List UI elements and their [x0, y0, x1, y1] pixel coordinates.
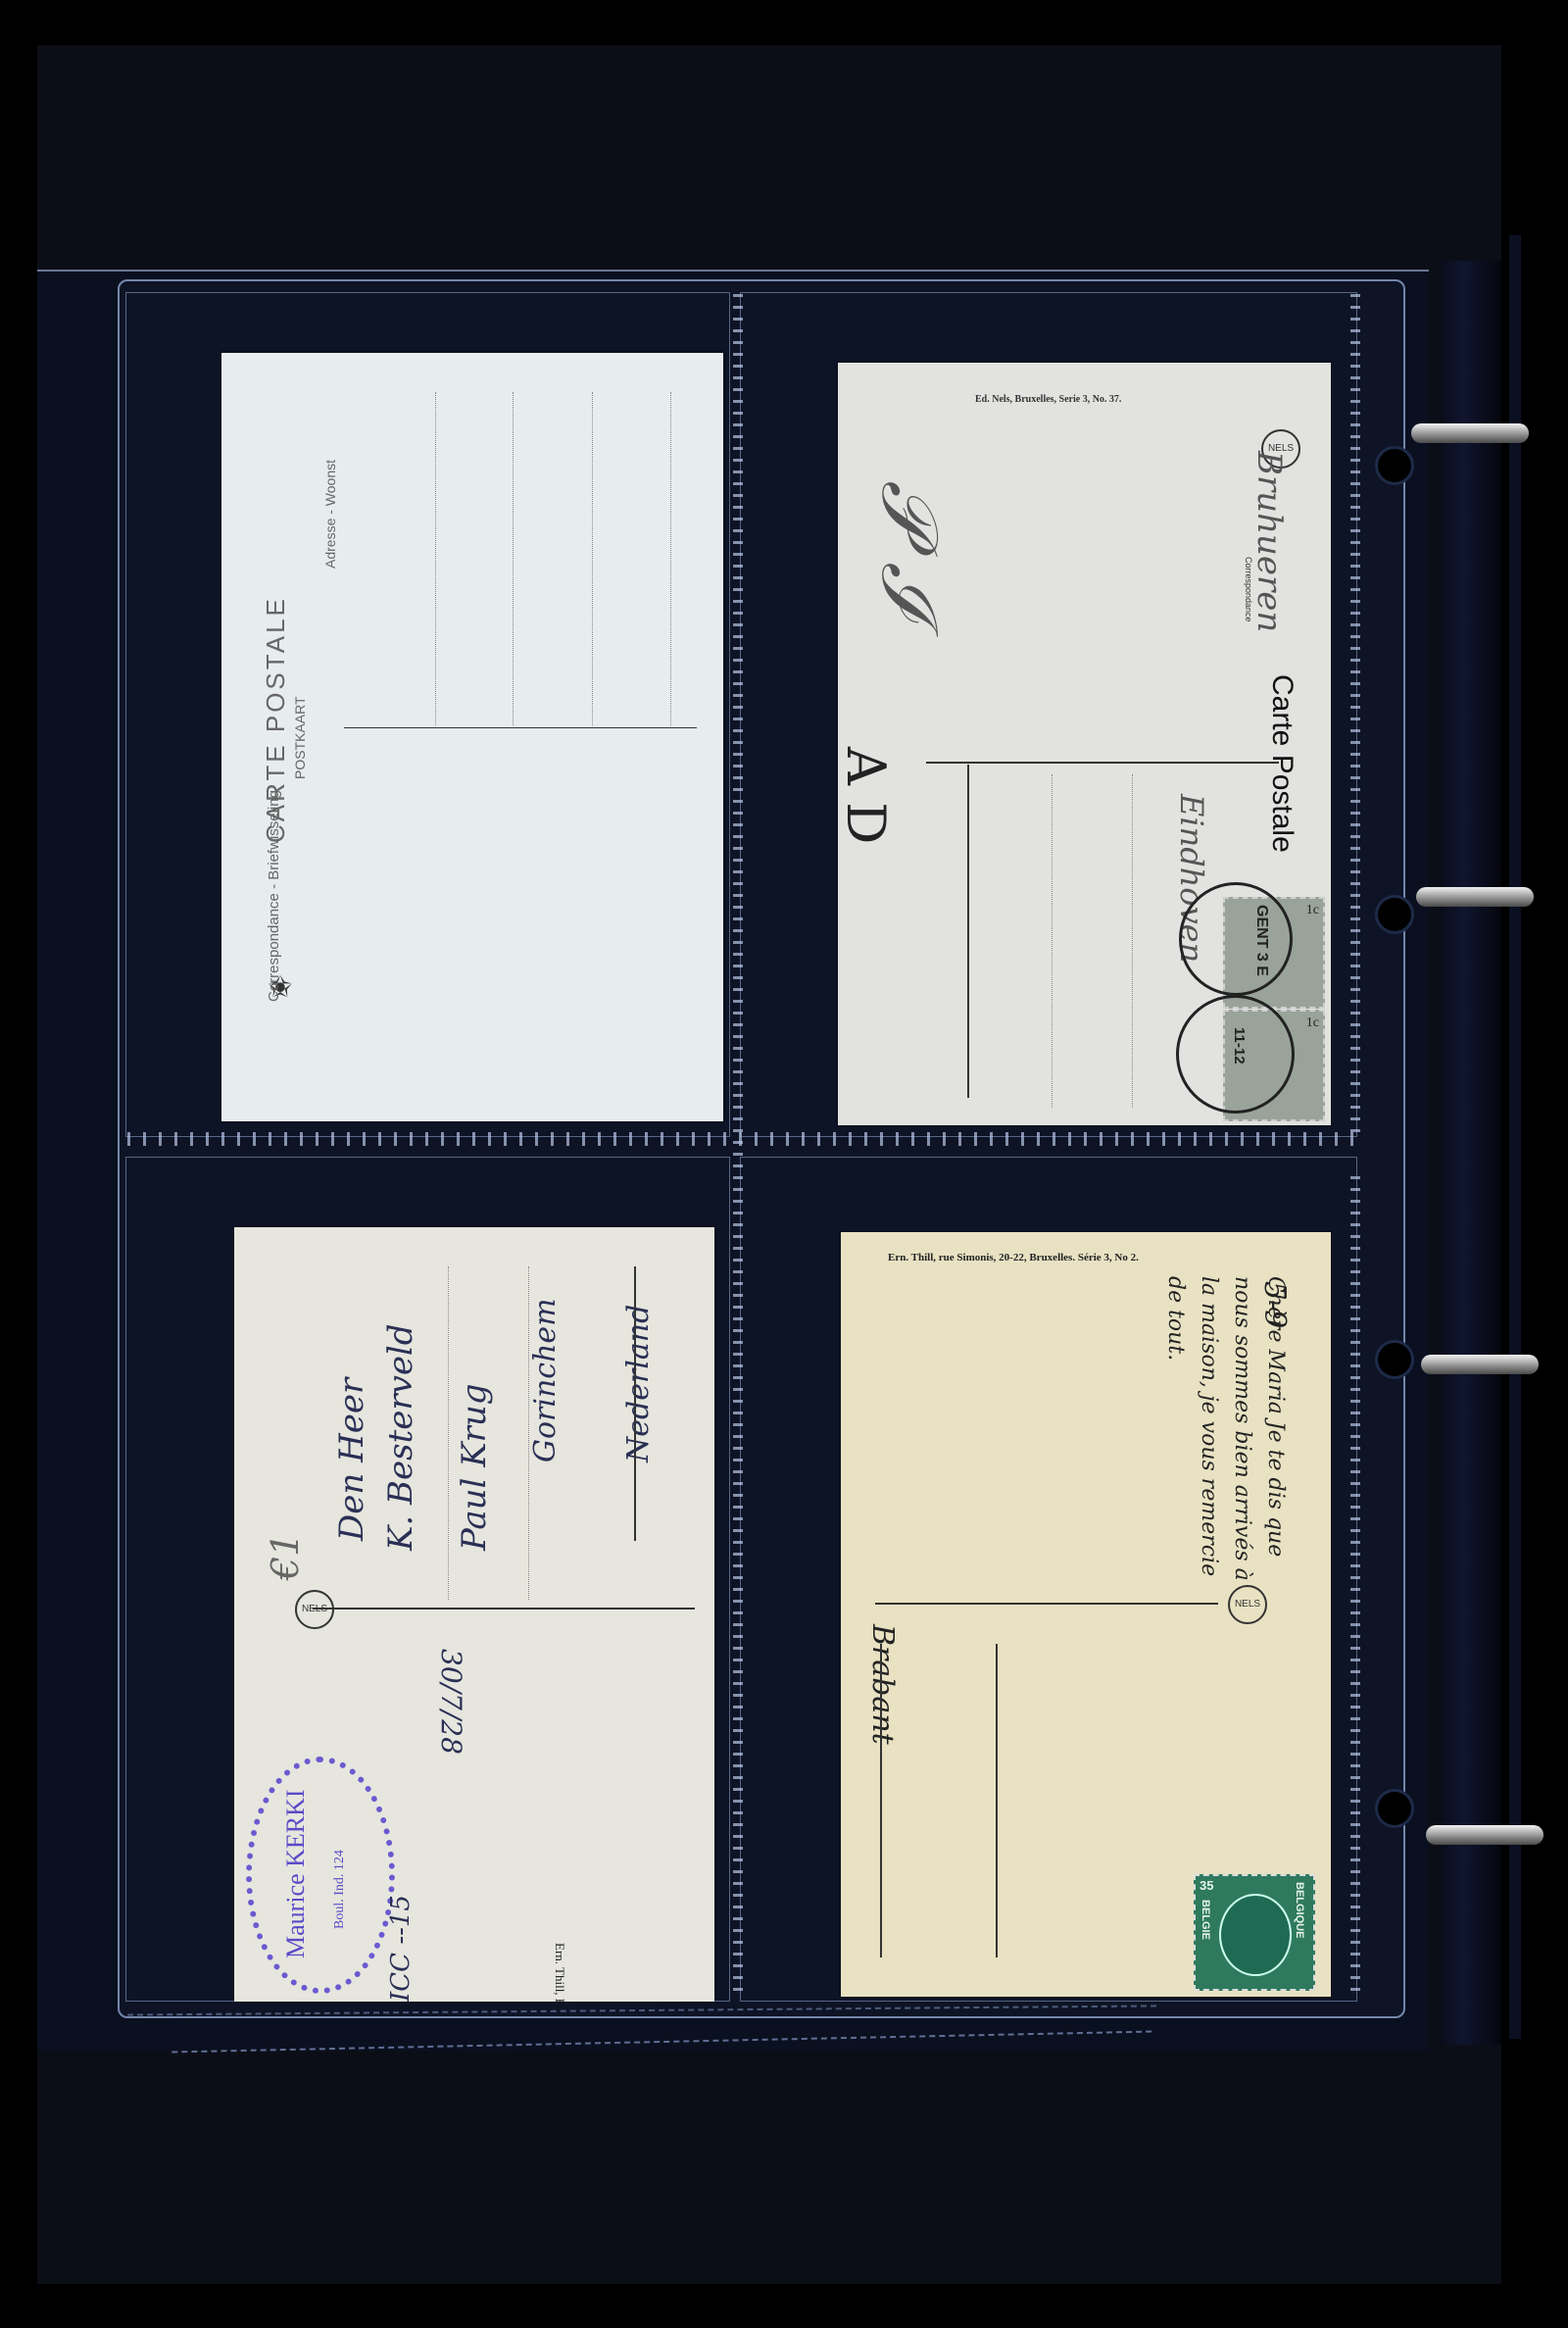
address-line	[528, 1266, 529, 1600]
punch-hole	[1375, 1340, 1414, 1379]
binder-ring-icon	[1411, 423, 1529, 443]
address-line	[1052, 774, 1053, 1108]
pencil-price: €1	[264, 1533, 307, 1580]
underline	[634, 1266, 636, 1541]
address-line	[967, 765, 969, 1098]
postcard-top-left: ✬ Correspondance - Briefwisseling CARTE …	[221, 353, 723, 1121]
stamp-value: 35	[1200, 1878, 1213, 1893]
address-line	[513, 392, 514, 725]
address-line	[670, 392, 671, 725]
postmark: 11-12	[1176, 995, 1295, 1114]
address-line-3: Paul Krug	[455, 1383, 494, 1551]
binder-ring-icon	[1426, 1825, 1543, 1845]
stamp-35c: BELGIQUE BELGIE 35	[1194, 1874, 1315, 1991]
cachet-name: Maurice KERKI	[281, 1789, 311, 1958]
divider-line	[313, 1608, 695, 1610]
address-line	[996, 1644, 998, 1957]
handwritten-date: 30/7/28	[435, 1649, 467, 1755]
address-line-1: Den Heer	[332, 1378, 371, 1541]
nels-logo-icon: NELS	[295, 1590, 334, 1629]
address-line	[880, 1644, 882, 1957]
publisher-line: Ed. Nels, Bruxelles, Serie 3, No. 37.	[975, 394, 1121, 405]
handwritten-note: ICC --15	[386, 1895, 416, 2002]
cachet-address: Boul. Ind. 124	[332, 1850, 348, 1929]
postmark-text: GENT 3 E	[1252, 905, 1270, 976]
punch-hole	[1375, 895, 1414, 934]
handwritten-address: Bruhueren	[1249, 451, 1289, 632]
punch-hole	[1375, 1789, 1414, 1828]
publisher-line: Ern. Thill, rue Simonis, 20-22, Bruxelle…	[888, 1252, 1139, 1263]
stamp-value: 1c	[1306, 1015, 1319, 1031]
mark-a: A	[838, 747, 897, 785]
address-line-4: Gorinchem	[528, 1298, 563, 1462]
divider-line	[344, 727, 697, 728]
handwritten-address: Brabant	[865, 1624, 900, 1745]
address-line	[448, 1266, 449, 1600]
stamp-country-nl: BELGIE	[1200, 1900, 1211, 1940]
mark-d: D	[838, 802, 897, 844]
card-subtitle: POSTKAART	[292, 696, 308, 779]
card-title: CARTE POSTALE	[261, 596, 291, 843]
address-line-5: Nederland	[621, 1305, 656, 1462]
binder-cover-edge	[1509, 235, 1521, 2039]
stamp-value: 1c	[1306, 903, 1319, 918]
address-line	[592, 392, 593, 725]
publisher-line: Ern. Thill, Bruxelles.	[552, 1943, 567, 2002]
binder-ring-icon	[1416, 887, 1534, 907]
stamp-country-fr: BELGIQUE	[1294, 1882, 1305, 1938]
handwritten-mark: 𝒫 ℐ	[863, 480, 955, 617]
punch-hole	[1375, 446, 1414, 485]
sleeve-stitching	[733, 294, 743, 2000]
handwritten-mark: A D	[838, 747, 897, 844]
address-label: Adresse - Woonst	[322, 460, 338, 569]
binder-ring-icon	[1421, 1355, 1539, 1374]
sleeve-stitching	[127, 1132, 1362, 1146]
handwritten-message: Chère Maria Je te dis que nous sommes bi…	[880, 1276, 1292, 1590]
divider-line	[875, 1603, 1218, 1605]
address-line-2: K. Besterveld	[381, 1323, 420, 1551]
postmark-time: 11-12	[1231, 1027, 1248, 1065]
postmark: GENT 3 E	[1179, 882, 1293, 996]
violet-cachet: Maurice KERKI Boul. Ind. 124	[246, 1757, 395, 1994]
postcard-top-right: Ed. Nels, Bruxelles, Serie 3, No. 37. NE…	[838, 363, 1331, 1125]
sleeve-stitching	[1350, 294, 1360, 1137]
postcard-bottom-left: NELS Ern. Thill, Bruxelles. Maurice KERK…	[234, 1227, 714, 2002]
sleeve-stitching	[1350, 1176, 1360, 2000]
divider-line	[926, 762, 1279, 764]
address-line	[1132, 774, 1133, 1108]
king-portrait-icon	[1219, 1894, 1292, 1976]
nels-logo-icon: NELS	[1228, 1585, 1267, 1624]
address-line	[435, 392, 436, 725]
binder-spine	[1439, 261, 1501, 2045]
postcard-bottom-right: Ern. Thill, rue Simonis, 20-22, Bruxelle…	[841, 1232, 1331, 1997]
